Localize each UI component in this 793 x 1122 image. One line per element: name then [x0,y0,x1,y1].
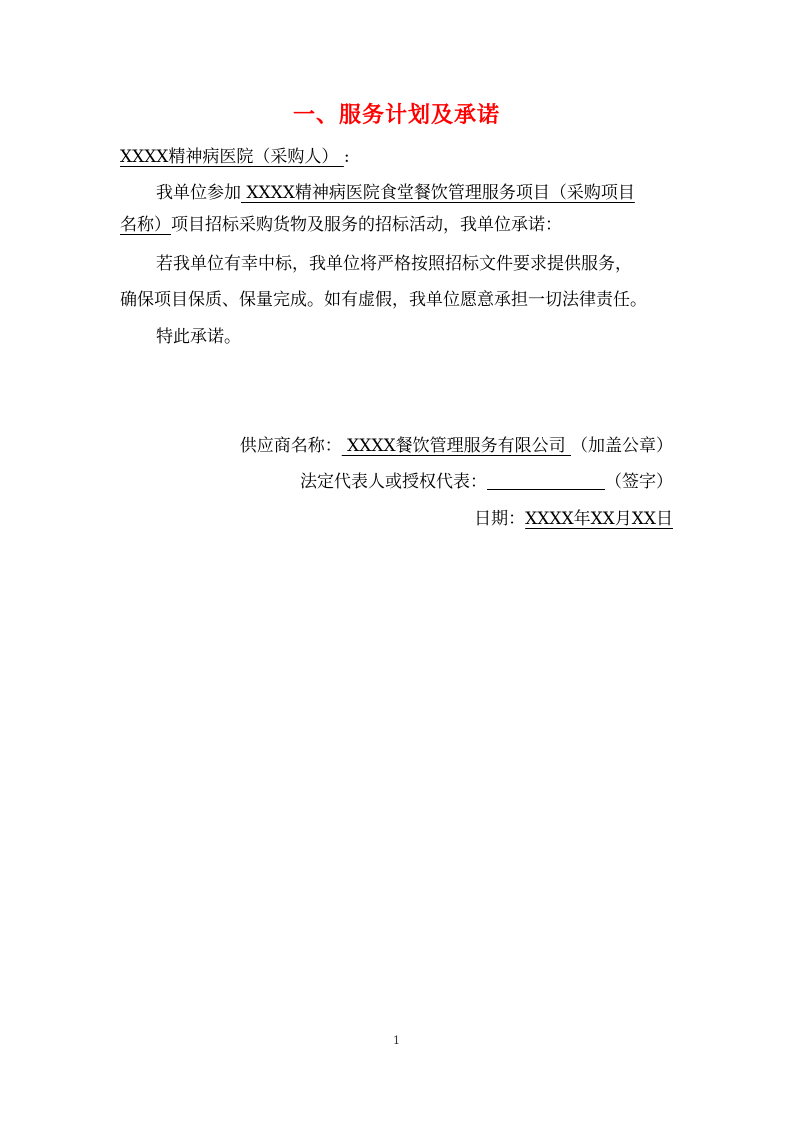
date-line: 日期：XXXX年XX月XX日 [474,508,673,530]
paragraph2-line1: 若我单位有幸中标，我单位将严格按照招标文件要求提供服务， [156,253,632,275]
date-value: XXXX年XX月XX日 [525,509,673,529]
supplier-seal-note: （加盖公章） [571,436,673,456]
signature-blank [487,471,605,490]
representative-line: 法定代表人或授权代表：（签字） [300,471,673,493]
supplier-line: 供应商名称： XXXX餐饮管理服务有限公司 （加盖公章） [240,435,673,457]
supplier-label: 供应商名称： [240,436,342,456]
addressee-line: XXXX精神病医院（采购人） : [120,146,350,168]
representative-sign-note: （签字） [605,472,673,492]
paragraph1-suffix: 项目招标采购货物及服务的招标活动，我单位承诺： [171,215,562,235]
closing-statement: 特此承诺。 [156,326,241,348]
paragraph1-prefix: 我单位参加 [156,183,241,203]
addressee-colon: : [344,147,350,167]
page-number: 1 [0,1034,793,1047]
paragraph1-line2: 名称）项目招标采购货物及服务的招标活动，我单位承诺： [120,214,562,236]
project-name-part2: 名称） [120,215,171,235]
paragraph1-line1: 我单位参加 XXXX精神病医院食堂餐饮管理服务项目（采购项目 [156,182,635,204]
supplier-name: XXXX餐饮管理服务有限公司 [342,436,571,456]
date-label: 日期： [474,509,525,529]
addressee-name: XXXX精神病医院（采购人） [120,147,344,167]
representative-label: 法定代表人或授权代表： [300,472,487,492]
paragraph2-line2: 确保项目保质、保量完成。如有虚假，我单位愿意承担一切法律责任。 [120,289,647,311]
project-name-part1: XXXX精神病医院食堂餐饮管理服务项目（采购项目 [241,183,635,203]
document-title: 一、服务计划及承诺 [0,98,793,129]
